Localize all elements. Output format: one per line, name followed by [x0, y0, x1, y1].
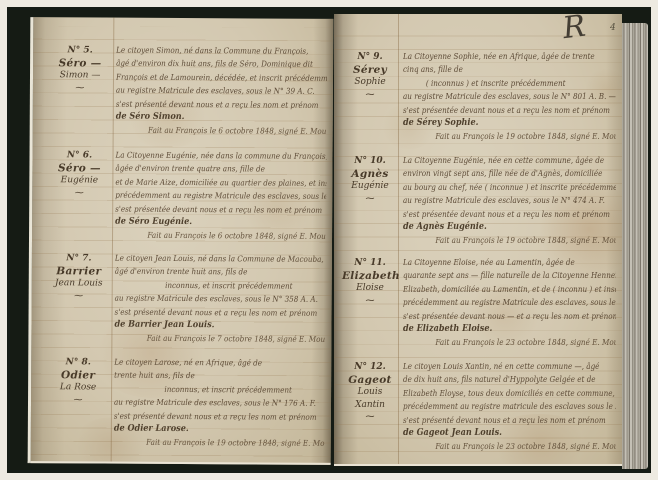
- entry-body-line: inconnus, et inscrit précédemment: [115, 278, 326, 293]
- entry-body-line: au registre Matricule des esclaves, sous…: [115, 292, 326, 307]
- entry-body-line: François et de Lamourein, décédée, et in…: [116, 70, 327, 85]
- archive-scan: N° 5.Séro —Simon —⁓ Le citoyen Simon, né…: [0, 0, 658, 480]
- entry-number: N° 12.: [342, 361, 398, 374]
- entry-margin-name: Séro —: [48, 162, 110, 175]
- entry-body-line: s'est présentée devant nous — et a reçu …: [403, 310, 616, 323]
- entry-closing-line: Fait au François le 6 octobre 1848, sign…: [115, 229, 327, 244]
- entry-body-line: et de Marie Aize, domiciliée au quartier…: [115, 175, 326, 190]
- entry-closing-line: Fait au François le 23 octobre 1848, sig…: [403, 336, 616, 349]
- entry-margin-name: La Rose: [47, 381, 109, 394]
- entry-body-line: quarante sept ans — fille naturelle de l…: [403, 269, 616, 282]
- entry-body-line: précédemment au registre Matricule des e…: [403, 296, 616, 309]
- entry-closing-line: Fait au François le 19 octobre 1848, sig…: [403, 130, 616, 143]
- entry-margin-name: Eugénie: [48, 174, 110, 187]
- entry-body-line: de Elizabeth Eloise.: [403, 323, 616, 336]
- entry-closing-line: Fait au François le 19 octobre 1848, sig…: [403, 234, 616, 247]
- entry-number: N° 9.: [342, 51, 398, 64]
- register-entry: N° 12.GageotLouis Xantin⁓ Le citoyen Lou…: [334, 360, 616, 454]
- register-entry: N° 8.OdierLa Rose⁓ Le citoyen Larose, né…: [31, 355, 326, 451]
- entry-body-line: Elizabeth, domiciliée au Lamentin, et de…: [403, 283, 616, 296]
- entry-body-line: La Citoyenne Eugénie, née en cette commu…: [403, 154, 616, 167]
- entry-margin-name: ⁓: [48, 187, 110, 200]
- entry-body-line: Le citoyen Louis Xantin, né en cette com…: [403, 360, 616, 373]
- entry-margin-name: ⁓: [342, 193, 398, 206]
- entry-body-line: environ vingt sept ans, fille née de d'A…: [403, 167, 616, 180]
- entry-margin-name: Gageot: [342, 374, 398, 387]
- entry-body-line: âgée d'environ trente quatre ans, fille …: [115, 162, 326, 177]
- register-entry: N° 9.SéreySophie⁓ La Citoyenne Sophie, n…: [334, 50, 616, 144]
- entry-body-line: La Citoyenne Eloise, née au Lamentin, âg…: [403, 256, 616, 269]
- entry-body: Le citoyen Jean Louis, né dans la Commun…: [114, 252, 326, 347]
- entry-body: Le citoyen Louis Xantin, né en cette com…: [403, 360, 616, 454]
- entry-body: Le citoyen Simon, né dans la Commune du …: [116, 44, 328, 139]
- entry-body: La Citoyenne Sophie, née en Afrique, âgé…: [403, 50, 616, 144]
- entry-body: La Citoyenne Eloise, née au Lamentin, âg…: [403, 256, 616, 350]
- entry-body-line: au registre Matricule des esclaves, sous…: [403, 90, 616, 103]
- entry-margin-name: Sophie: [342, 76, 398, 89]
- entry-body-line: de Séro Simon.: [116, 111, 327, 126]
- entry-body-line: de dix huit ans, fils naturel d'Hyppolyt…: [403, 373, 616, 386]
- entry-margin-name: ⁓: [49, 82, 111, 95]
- entry-body-line: précédemment au registre matricule des e…: [403, 400, 616, 413]
- entry-body-line: de Sérey Sophie.: [403, 117, 616, 130]
- entry-margin-name: ⁓: [342, 411, 398, 424]
- right-page: N° 9.SéreySophie⁓ La Citoyenne Sophie, n…: [334, 14, 622, 466]
- fore-edge-page-stack: [622, 23, 648, 469]
- entry-margin-name: Barrier: [48, 265, 110, 278]
- entry-margin-name: Séro —: [49, 57, 111, 70]
- entry-margin-name: Agnès: [342, 168, 398, 181]
- entry-body-line: précédemment au registre Matricule des e…: [115, 189, 326, 204]
- entry-body-line: Elizabeth Eloyse, tous deux domiciliés e…: [403, 387, 616, 400]
- entry-body-line: âgé d'environ trente huit ans, fils de: [115, 265, 326, 280]
- left-page: N° 5.Séro —Simon —⁓ Le citoyen Simon, né…: [28, 17, 334, 465]
- entry-number: N° 5.: [49, 44, 111, 57]
- entry-body-line: s'est présentée devant nous et a reçu le…: [403, 208, 616, 221]
- entry-body-line: au registre Matricule des esclaves, sous…: [116, 84, 327, 99]
- entry-number: N° 8.: [47, 356, 109, 369]
- entry-margin: N° 8.OdierLa Rose⁓: [47, 355, 110, 449]
- entry-number: N° 11.: [342, 257, 398, 270]
- entry-number: N° 7.: [48, 252, 110, 265]
- entry-margin: N° 7.BarrierJean Louis⁓: [47, 251, 110, 345]
- entry-body: La Citoyenne Eugénie, née dans la commun…: [115, 149, 327, 244]
- entry-margin: N° 6.Séro —Eugénie⁓: [48, 148, 111, 242]
- entry-margin-name: ⁓: [342, 295, 398, 308]
- entry-closing-line: Fait au François le 19 octobre 1848, sig…: [114, 436, 326, 451]
- entry-margin: N° 12.GageotLouis Xantin⁓: [342, 360, 398, 454]
- entry-body-line: au bourg au chef, née ( inconnue ) et in…: [403, 181, 616, 194]
- register-entry: N° 6.Séro —Eugénie⁓ La Citoyenne Eugénie…: [32, 148, 327, 244]
- entry-body-line: Le citoyen Jean Louis, né dans la Commun…: [115, 252, 326, 267]
- entry-body-line: s'est présenté devant nous et a reçu les…: [403, 414, 616, 427]
- entry-body-line: âgé d'environ dix huit ans, fils de Séro…: [116, 57, 327, 72]
- entry-margin-name: Odier: [47, 369, 109, 382]
- recto-letter-mark: R: [561, 12, 587, 45]
- entry-body-line: s'est présenté devant nous et a reçu les…: [114, 409, 325, 424]
- entry-body-line: de Gageot Jean Louis.: [403, 427, 616, 440]
- entry-body-line: Le citoyen Simon, né dans la Commune du …: [116, 44, 327, 59]
- entry-margin: N° 11.ElizabethEloise⁓: [342, 256, 398, 350]
- entry-body-line: de Agnès Eugénie.: [403, 221, 616, 234]
- entry-margin: N° 5.Séro —Simon —⁓: [49, 43, 112, 137]
- entry-body-line: cinq ans, fille de: [403, 63, 616, 76]
- register-entry: N° 5.Séro —Simon —⁓ Le citoyen Simon, né…: [33, 43, 328, 139]
- entry-closing-line: Fait au François le 6 octobre 1848, sign…: [116, 124, 328, 139]
- entry-closing-line: Fait au François le 7 octobre 1848, sign…: [114, 332, 326, 347]
- entry-margin: N° 9.SéreySophie⁓: [342, 50, 398, 144]
- entry-margin-name: Eugénie: [342, 180, 398, 193]
- entry-body-line: s'est présenté devant nous et a reçu les…: [116, 97, 327, 112]
- page-number: 4: [610, 23, 616, 33]
- entry-margin-name: Louis Xantin: [342, 386, 398, 411]
- entry-closing-line: Fait au François le 23 octobre 1848, sig…: [403, 440, 616, 453]
- entry-body-line: s'est présentée devant nous et a reçu le…: [115, 202, 326, 217]
- entry-body-line: au registre Matricule des esclaves, sous…: [114, 396, 325, 411]
- entry-body: La Citoyenne Eugénie, née en cette commu…: [403, 154, 616, 248]
- entry-body-line: Le citoyen Larose, né en Afrique, âgé de: [114, 356, 325, 371]
- register-entry: N° 10.AgnèsEugénie⁓ La Citoyenne Eugénie…: [334, 154, 616, 248]
- entry-body-line: de Barrier Jean Louis.: [114, 319, 325, 334]
- entry-margin-name: ⁓: [342, 89, 398, 102]
- entry-body-line: de Séro Eugénie.: [115, 216, 326, 231]
- entry-number: N° 10.: [342, 155, 398, 168]
- entry-body-line: La Citoyenne Sophie, née en Afrique, âgé…: [403, 50, 616, 63]
- register-entry: N° 11.ElizabethEloise⁓ La Citoyenne Eloi…: [334, 256, 616, 350]
- entry-body-line: s'est présenté devant nous et a reçu les…: [115, 305, 326, 320]
- entry-margin-name: Eloise: [342, 282, 398, 295]
- entry-number: N° 6.: [48, 149, 110, 162]
- entry-margin-name: ⁓: [48, 290, 110, 303]
- entry-margin-name: Jean Louis: [48, 277, 110, 290]
- entry-body-line: au registre Matricule des esclaves, sous…: [403, 194, 616, 207]
- entry-margin-name: Elizabeth: [342, 270, 398, 283]
- entry-body-line: inconnus, et inscrit précédemment: [114, 382, 325, 397]
- entry-margin: N° 10.AgnèsEugénie⁓: [342, 154, 398, 248]
- entry-body: Le citoyen Larose, né en Afrique, âgé de…: [114, 356, 326, 451]
- entry-body-line: La Citoyenne Eugénie, née dans la commun…: [115, 149, 326, 164]
- entry-margin-name: ⁓: [47, 394, 109, 407]
- entry-margin-name: Sérey: [342, 64, 398, 77]
- entry-body-line: ( inconnus ) et inscrite précédemment: [403, 77, 616, 90]
- entry-margin-name: Simon —: [49, 69, 111, 82]
- entry-body-line: trente huit ans, fils de: [114, 369, 325, 384]
- register-entry: N° 7.BarrierJean Louis⁓ Le citoyen Jean …: [31, 251, 326, 347]
- entry-body-line: s'est présentée devant nous et a reçu le…: [403, 104, 616, 117]
- entry-body-line: de Odier Larose.: [114, 423, 325, 438]
